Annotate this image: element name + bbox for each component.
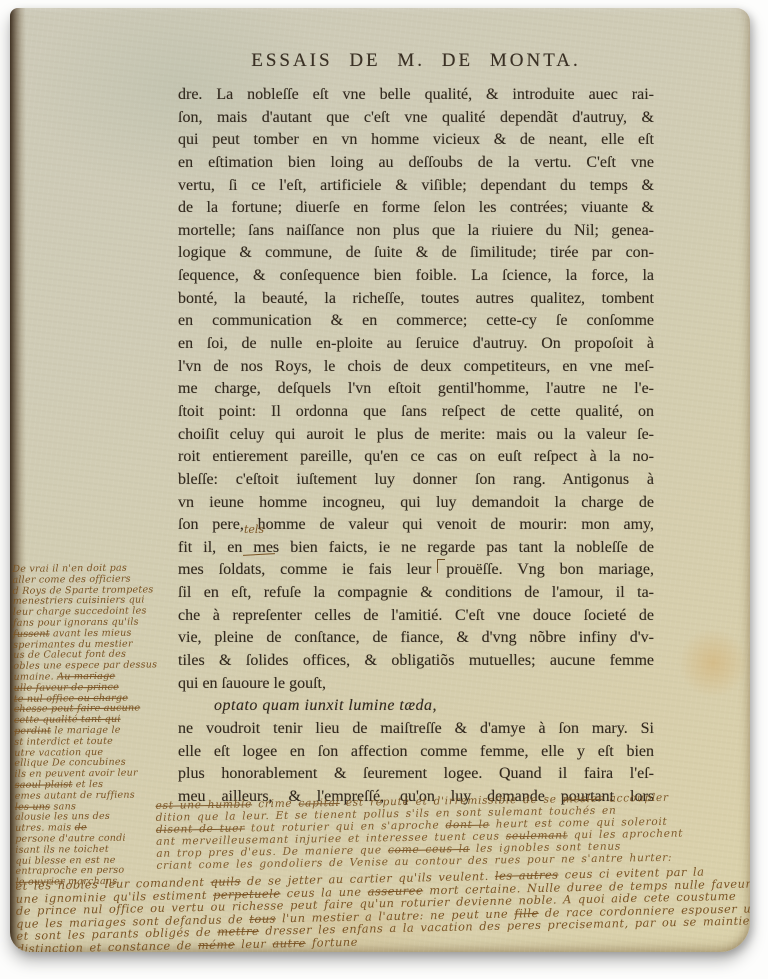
- print-line: qui en ſauoure le gouſt,: [178, 673, 654, 696]
- print-line: vertu, ſi ce l'eſt, artificiele & viſibl…: [178, 175, 654, 198]
- print-line: mes ſoldats, comme ie fais leur prouëſſe…: [178, 559, 654, 582]
- print-line: en communication & en commerce; cette-cy…: [178, 310, 654, 333]
- print-line: me charge, deſquels l'vn eſtoit gentil'h…: [178, 378, 654, 401]
- print-line: fit il, en mes bien faicts, ie ne regard…: [178, 537, 654, 560]
- print-line: elle eſt logee en ſon affection comme fe…: [178, 741, 654, 764]
- latin-verse-quote: optato quam iunxit lumine tæda,: [178, 695, 654, 718]
- print-line: ſequence, & conſequence bien foible. La …: [178, 265, 654, 288]
- print-line: mortelle; ſans naiſſance non plus que la…: [178, 220, 654, 243]
- print-line: che à repreſenter celles de l'amitié. C'…: [178, 605, 654, 628]
- print-line: roit entierement pareille, qu'en ce cas …: [178, 446, 654, 469]
- print-line: bonté, la beauté, la richeſſe, toutes au…: [178, 288, 654, 311]
- print-line: en eſtimation bien loing au deſſoubs de …: [178, 152, 654, 175]
- printed-text-block: dre. La nobleſſe eſt vne belle qualité, …: [178, 84, 654, 809]
- print-line: ne voudroit tenir lieu de maiſtreſſe & d…: [178, 718, 654, 741]
- interline-correction: tels: [244, 523, 264, 536]
- print-line: l'vn de nos Roys, le chois de deux compe…: [178, 356, 654, 379]
- paper-stain: [678, 628, 748, 698]
- print-line: vn ieune homme incogneu, qui luy demando…: [178, 492, 654, 515]
- print-line: en ſoi, de nulle en-ploite au ſeruice d'…: [178, 333, 654, 356]
- printed-paragraph: dre. La nobleſſe eſt vne belle qualité, …: [178, 84, 654, 695]
- running-title: ESSAIS DE M. DE MONTA.: [178, 50, 654, 72]
- print-line: plus honorablement & ſeurement logee. Qu…: [178, 763, 654, 786]
- print-line: ſtoit point: Il ordonna que ſans reſpect…: [178, 401, 654, 424]
- print-line: qui peut tomber en vn homme vicieux & de…: [178, 129, 654, 152]
- print-line: vie, pleine de conſtance, de fiance, & d…: [178, 627, 654, 650]
- bottom-manuscript-notes-upper: est une humble crime capital est reputé …: [155, 791, 750, 872]
- bottom-manuscript-notes-lower: et les nobles leur comandent quils de se…: [15, 864, 750, 952]
- print-line: ſil en eſt, refuſe la compagnie & condit…: [178, 582, 654, 605]
- print-line: ſon, mais d'autant que c'eſt vne qualité…: [178, 107, 654, 130]
- insertion-mark: [437, 559, 445, 573]
- print-line: choiſit celuy qui auroit le plus de meri…: [178, 424, 654, 447]
- print-line: bleſſe: c'eſtoit iuſtement luy donner ſo…: [178, 469, 654, 492]
- print-line: logique & commune, de ſuite & de ſimilit…: [178, 242, 654, 265]
- book-page-scan: ESSAIS DE M. DE MONTA. dre. La nobleſſe …: [10, 8, 750, 952]
- print-line: tiles & ſolides offices, & obligatiõs mu…: [178, 650, 654, 673]
- print-line: de la fortune; diuerſe en forme ſelon le…: [178, 197, 654, 220]
- margin-manuscript-notes: De vrai il n'en doit pasaller come des o…: [12, 563, 177, 889]
- print-line: dre. La nobleſſe eſt vne belle qualité, …: [178, 84, 654, 107]
